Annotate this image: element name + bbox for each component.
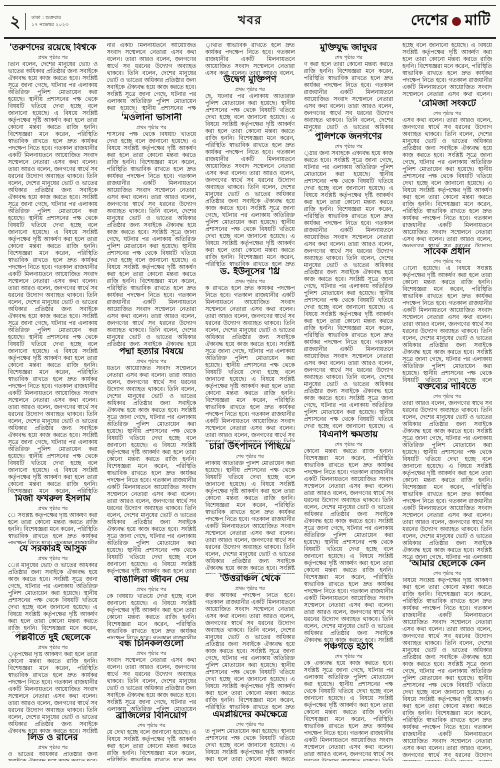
article-headline: বন্ধ চিনিকলগুলো	[107, 639, 197, 650]
edition-date: ১৭ নভেম্বর ২০২৩	[31, 22, 68, 29]
article: যে সরকারই আসুকপ্রথম পৃষ্ঠার পরের মানুষের…	[8, 544, 98, 633]
article-body: কে বিষয়টি খতিয়ে দেখা হচ্ছে বলে জানানো …	[107, 594, 197, 639]
article-dateline: প্রথম পৃষ্ঠার পর	[8, 555, 98, 563]
section-title: খবর	[238, 12, 262, 32]
newspaper-page: { "page": { "number": "২", "date_line1":…	[0, 0, 500, 768]
article-headline: 'তরুণদের রয়েছে বিশ্বকে	[8, 43, 98, 54]
page-header: ২ ঢাকা : শুক্রবার ১৭ নভেম্বর ২০২৩ খবর দে…	[0, 6, 500, 36]
article: এমপ্লয়িদের কর্মক্ষেত্রেশেষ পৃষ্ঠার পরত …	[205, 710, 295, 761]
edition-city-day: ঢাকা : শুক্রবার	[31, 15, 68, 22]
article-dateline: প্রথম পৃষ্ঠার পর	[8, 644, 98, 652]
article-headline: বিএনপি ক্ষমতায়	[304, 430, 394, 441]
article: বন্ধ চিনিকলগুলোপ্রথম পৃষ্ঠার পরসংবাদ সম্…	[107, 639, 197, 711]
article-body: কোনো মন্তব্য করতে রাজি হননি। বিশেষজ্ঞরা …	[304, 449, 394, 642]
article: লিড ও রানেরপ্রথম পৃষ্ঠার পর ও ভাতের অধিক…	[8, 733, 98, 761]
news-columns: 'তরুণদের রয়েছে বিশ্বকেপ্রথম পৃষ্ঠার পরত…	[0, 39, 500, 761]
article-dateline: শেষ পৃষ্ঠার পর	[402, 570, 492, 578]
article-body: য়তনে আয়োজিত সংবাদ সম্মেলনে নেতারা এসব …	[107, 366, 197, 575]
article-body: রুত কার্যকর পদক্ষেপ নিতে হবে। গতকাল রাজধ…	[205, 593, 295, 710]
article: পদ্মা হত্যার বিষয়েপ্রথম পৃষ্ঠার পরয়তনে…	[107, 347, 197, 575]
article-body: ্ঠার জন্য সবাইকে ঐক্যবদ্ধ হয়ে কাজ করতে …	[304, 151, 394, 430]
article: বাঙালিরা জীবন দেয়প্রথম পৃষ্ঠার পরকে বিষ…	[107, 575, 197, 639]
news-column-3: ্থিতি স্বাভাবিক রাখতে হলে দ্রুত কার্যকর …	[205, 43, 295, 761]
article-headline: ড. ইউনূসের 'থ্রি	[205, 267, 295, 278]
article-dateline: শেষ পৃষ্ঠার পর	[402, 258, 492, 266]
article-dateline: শেষ পৃষ্ঠার পর	[205, 721, 295, 729]
news-column-4: মুক্তিযুদ্ধ জাদুঘরশেষ পৃষ্ঠার পরণ করা হল…	[304, 43, 394, 761]
article: 'উত্তরাঞ্চল থেকেপ্রথম পৃষ্ঠার পররুত কার্…	[205, 574, 295, 710]
article: বক্তব্যের দাবিতেশেষ পৃষ্ঠার পরতারা আরও ব…	[402, 382, 492, 559]
article-body: এসব কথা বলেন। তারা আরও বলেন, জনগণের স্বা…	[402, 118, 492, 247]
article-dateline: প্রথম পৃষ্ঠার পর	[8, 744, 98, 752]
article: সাবেক প্রধানশেষ পৃষ্ঠার পরানো হয়েছে। এ …	[402, 247, 492, 382]
header-divider	[25, 13, 26, 30]
article-body: য়ে দেখা হচ্ছে বলে জানানো হয়েছে। এ বিষয…	[107, 730, 197, 761]
article-headline: পদ্মা হত্যার বিষয়ে	[107, 347, 197, 358]
article-dateline: প্রথম পৃষ্ঠার পর	[205, 86, 295, 94]
article-body: সংবাদ সম্মেলনে নেতারা এসব কথা বলেন। তারা…	[107, 658, 197, 711]
article-headline: সাবেক প্রধান	[402, 247, 492, 258]
article-body: ণ করা হলে তারা কোনো মন্তব্য করতে রাজি হন…	[304, 62, 394, 132]
article: পঞ্চগড়ে হঠাৎশেষ পৃষ্ঠার পরকে ঐক্যবদ্ধ হ…	[304, 642, 394, 761]
article-headline: লিড ও রানের	[8, 733, 98, 744]
article-headline: 'রেমিজা সংকটে	[402, 99, 492, 110]
article-dateline: প্রথম পৃষ্ঠার পর	[107, 586, 197, 594]
article-body: ক রাখতে হলে দ্রুত কার্যকর পদক্ষেপ নিতে হ…	[205, 286, 295, 442]
article-dateline: প্রথম পৃষ্ঠার পর	[107, 358, 197, 366]
article-body: ত পুলিশ মোতায়েন করা হয়েছে। স্থানীয় প্…	[205, 729, 295, 761]
article-dateline: প্রথম পৃষ্ঠার পর	[205, 278, 295, 286]
article-dateline: শেষ পৃষ্ঠার পর	[304, 441, 394, 449]
article: 'মওলানা ভাসানীপ্রথম পৃষ্ঠার পরশাসনের পক্…	[107, 113, 197, 347]
article-headline: 'আমার ছেলেকে কেন	[402, 559, 492, 570]
masthead-dot-icon	[452, 17, 461, 26]
article-dateline: শেষ পৃষ্ঠার পর	[205, 453, 295, 461]
edition-dateline: ঢাকা : শুক্রবার ১৭ নভেম্বর ২০২৩	[31, 15, 68, 29]
article-headline: 'উত্তরাঞ্চল থেকে	[205, 574, 295, 585]
header-center: খবর	[170, 12, 330, 32]
article-body: শাসনের পক্ষ থেকে বিষয়টি খতিয়ে দেখা হচ্…	[107, 132, 197, 347]
article-headline: উদ্বেগ মুক্তিপণ	[205, 75, 295, 86]
article-body: নীর একটি মিলনায়তনে আয়োজিত সংবাদ সম্মেল…	[107, 43, 197, 113]
article-body: ্থিতি স্বাভাবিক রাখতে হলে দ্রুত কার্যকর …	[205, 43, 295, 75]
masthead-word-1: দেশের	[411, 9, 448, 34]
news-column-5: হচ্ছে বলে জানানো হয়েছে। এ বিষয়ে সংশ্লি…	[402, 43, 492, 761]
article: চারা উৎপাদনে পিছিয়েশেষ পৃষ্ঠার পরলাকায়…	[205, 442, 295, 574]
article-headline: ব্রাজিলের বিনিয়োগ	[107, 711, 197, 722]
article-headline: মুক্তিযুদ্ধ জাদুঘর	[304, 43, 394, 54]
article-continuation: নীর একটি মিলনায়তনে আয়োজিত সংবাদ সম্মেল…	[107, 43, 197, 113]
article-dateline: প্রথম পৃষ্ঠার পর	[205, 585, 295, 593]
article: 'আমার ছেলেকে কেনশেষ পৃষ্ঠার পরবিষয়ে সংশ…	[402, 559, 492, 761]
article: মির্জা ফখরুল ইসলামপ্রথম পৃষ্ঠার পরে সংশ্…	[8, 494, 98, 544]
article: উদ্বেগ মুক্তিপণপ্রথম পৃষ্ঠার পরছে, ঘটনার…	[205, 75, 295, 267]
header-left: ২ ঢাকা : শুক্রবার ১৭ নভেম্বর ২০২৩	[10, 13, 170, 31]
article-body: তারা আরও বলেন, জনগণের স্বার্থে সব ধরনের …	[402, 401, 492, 559]
article-body: বিষয়ে সংশ্লিষ্ট কর্তৃপক্ষের দৃষ্টি আকর্…	[402, 578, 492, 761]
news-column-2: নীর একটি মিলনায়তনে আয়োজিত সংবাদ সম্মেল…	[107, 43, 197, 761]
masthead-word-2: মাটি	[465, 9, 490, 34]
article: ব্রাজিলের বিনিয়োগশেষ পৃষ্ঠার পরয়ে দেখা…	[107, 711, 197, 761]
article-headline: পুলিশকে জনগণের	[304, 132, 394, 143]
article: 'তরুণদের রয়েছে বিশ্বকেপ্রথম পৃষ্ঠার পরত…	[8, 43, 98, 494]
article-headline: মির্জা ফখরুল ইসলাম	[8, 494, 98, 505]
article-headline: চারা উৎপাদনে পিছিয়ে	[205, 442, 295, 453]
article-body: লাকায় অতিরিক্ত পুলিশ মোতায়েন করা হয়েছ…	[205, 461, 295, 574]
article-headline: পল্লবীতে দুই ছেলেকে	[8, 633, 98, 644]
article-body: ছে, ঘটনার পর এলাকায় অতিরিক্ত পুলিশ মোতা…	[205, 94, 295, 267]
article-dateline: শেষ পৃষ্ঠার পর	[402, 393, 492, 401]
article: পুলিশকে জনগণেরশেষ পৃষ্ঠার পর্ঠার জন্য সব…	[304, 132, 394, 430]
article-headline: পঞ্চগড়ে হঠাৎ	[304, 642, 394, 653]
page-number: ২	[10, 13, 20, 31]
article-dateline: প্রথম পৃষ্ঠার পর	[8, 54, 98, 62]
news-column-1: 'তরুণদের রয়েছে বিশ্বকেপ্রথম পৃষ্ঠার পরত…	[8, 43, 98, 761]
article: ড. ইউনূসের 'থ্রিপ্রথম পৃষ্ঠার পরক রাখতে …	[205, 267, 295, 442]
header-right: দেশের মাটি	[330, 9, 490, 34]
article-continuation: ্থিতি স্বাভাবিক রাখতে হলে দ্রুত কার্যকর …	[205, 43, 295, 75]
article-body: ও ভাতের অধিকার প্রতিষ্ঠার জন্য সবাইকে ঐক…	[8, 752, 98, 761]
article-body: ানো হয়েছে। এ বিষয়ে সংশ্লিষ্ট কর্তৃপক্ষ…	[402, 266, 492, 382]
article: বিএনপি ক্ষমতায়শেষ পৃষ্ঠার পর কোনো মন্তব…	[304, 430, 394, 642]
article-continuation: হচ্ছে বলে জানানো হয়েছে। এ বিষয়ে সংশ্লি…	[402, 43, 492, 99]
article-body: হচ্ছে বলে জানানো হয়েছে। এ বিষয়ে সংশ্লি…	[402, 43, 492, 99]
article-headline: বাঙালিরা জীবন দেয়	[107, 575, 197, 586]
article: পল্লবীতে দুই ছেলেকেপ্রথম পৃষ্ঠার পর্তৃপক…	[8, 633, 98, 733]
article-body: ে সংশ্লিষ্ট কর্তৃপক্ষের দৃষ্টি আকর্ষণ কর…	[8, 513, 98, 544]
article-body: তিনি বলেন, দেশের মানুষের ভোট ও ভাতের অধি…	[8, 62, 98, 494]
article-headline: এমপ্লয়িদের কর্মক্ষেত্রে	[205, 710, 295, 721]
article-headline: যে সরকারই আসুক	[8, 544, 98, 555]
article-headline: বক্তব্যের দাবিতে	[402, 382, 492, 393]
article: 'রেমিজা সংকটেশেষ পৃষ্ঠার পরএসব কথা বলেন।…	[402, 99, 492, 247]
article-body: ্তৃপক্ষের দৃষ্টি আকর্ষণ করা হলে তারা কোন…	[8, 652, 98, 733]
article-dateline: প্রথম পৃষ্ঠার পর	[8, 505, 98, 513]
masthead: দেশের মাটি	[411, 9, 490, 34]
article-headline: 'মওলানা ভাসানী	[107, 113, 197, 124]
article-dateline: প্রথম পৃষ্ঠার পর	[107, 124, 197, 132]
article: মুক্তিযুদ্ধ জাদুঘরশেষ পৃষ্ঠার পরণ করা হল…	[304, 43, 394, 132]
article-dateline: শেষ পৃষ্ঠার পর	[304, 653, 394, 661]
article-dateline: শেষ পৃষ্ঠার পর	[402, 110, 492, 118]
article-body: কে ঐক্যবদ্ধ হয়ে কাজ করতে হবে। সংশ্লিষ্ট…	[304, 661, 394, 761]
article-dateline: শেষ পৃষ্ঠার পর	[107, 722, 197, 730]
article-body: ের মানুষের ভোট ও ভাতের অধিকার প্রতিষ্ঠার…	[8, 563, 98, 633]
article-dateline: প্রথম পৃষ্ঠার পর	[107, 650, 197, 658]
article-dateline: শেষ পৃষ্ঠার পর	[304, 143, 394, 151]
article-dateline: শেষ পৃষ্ঠার পর	[304, 54, 394, 62]
